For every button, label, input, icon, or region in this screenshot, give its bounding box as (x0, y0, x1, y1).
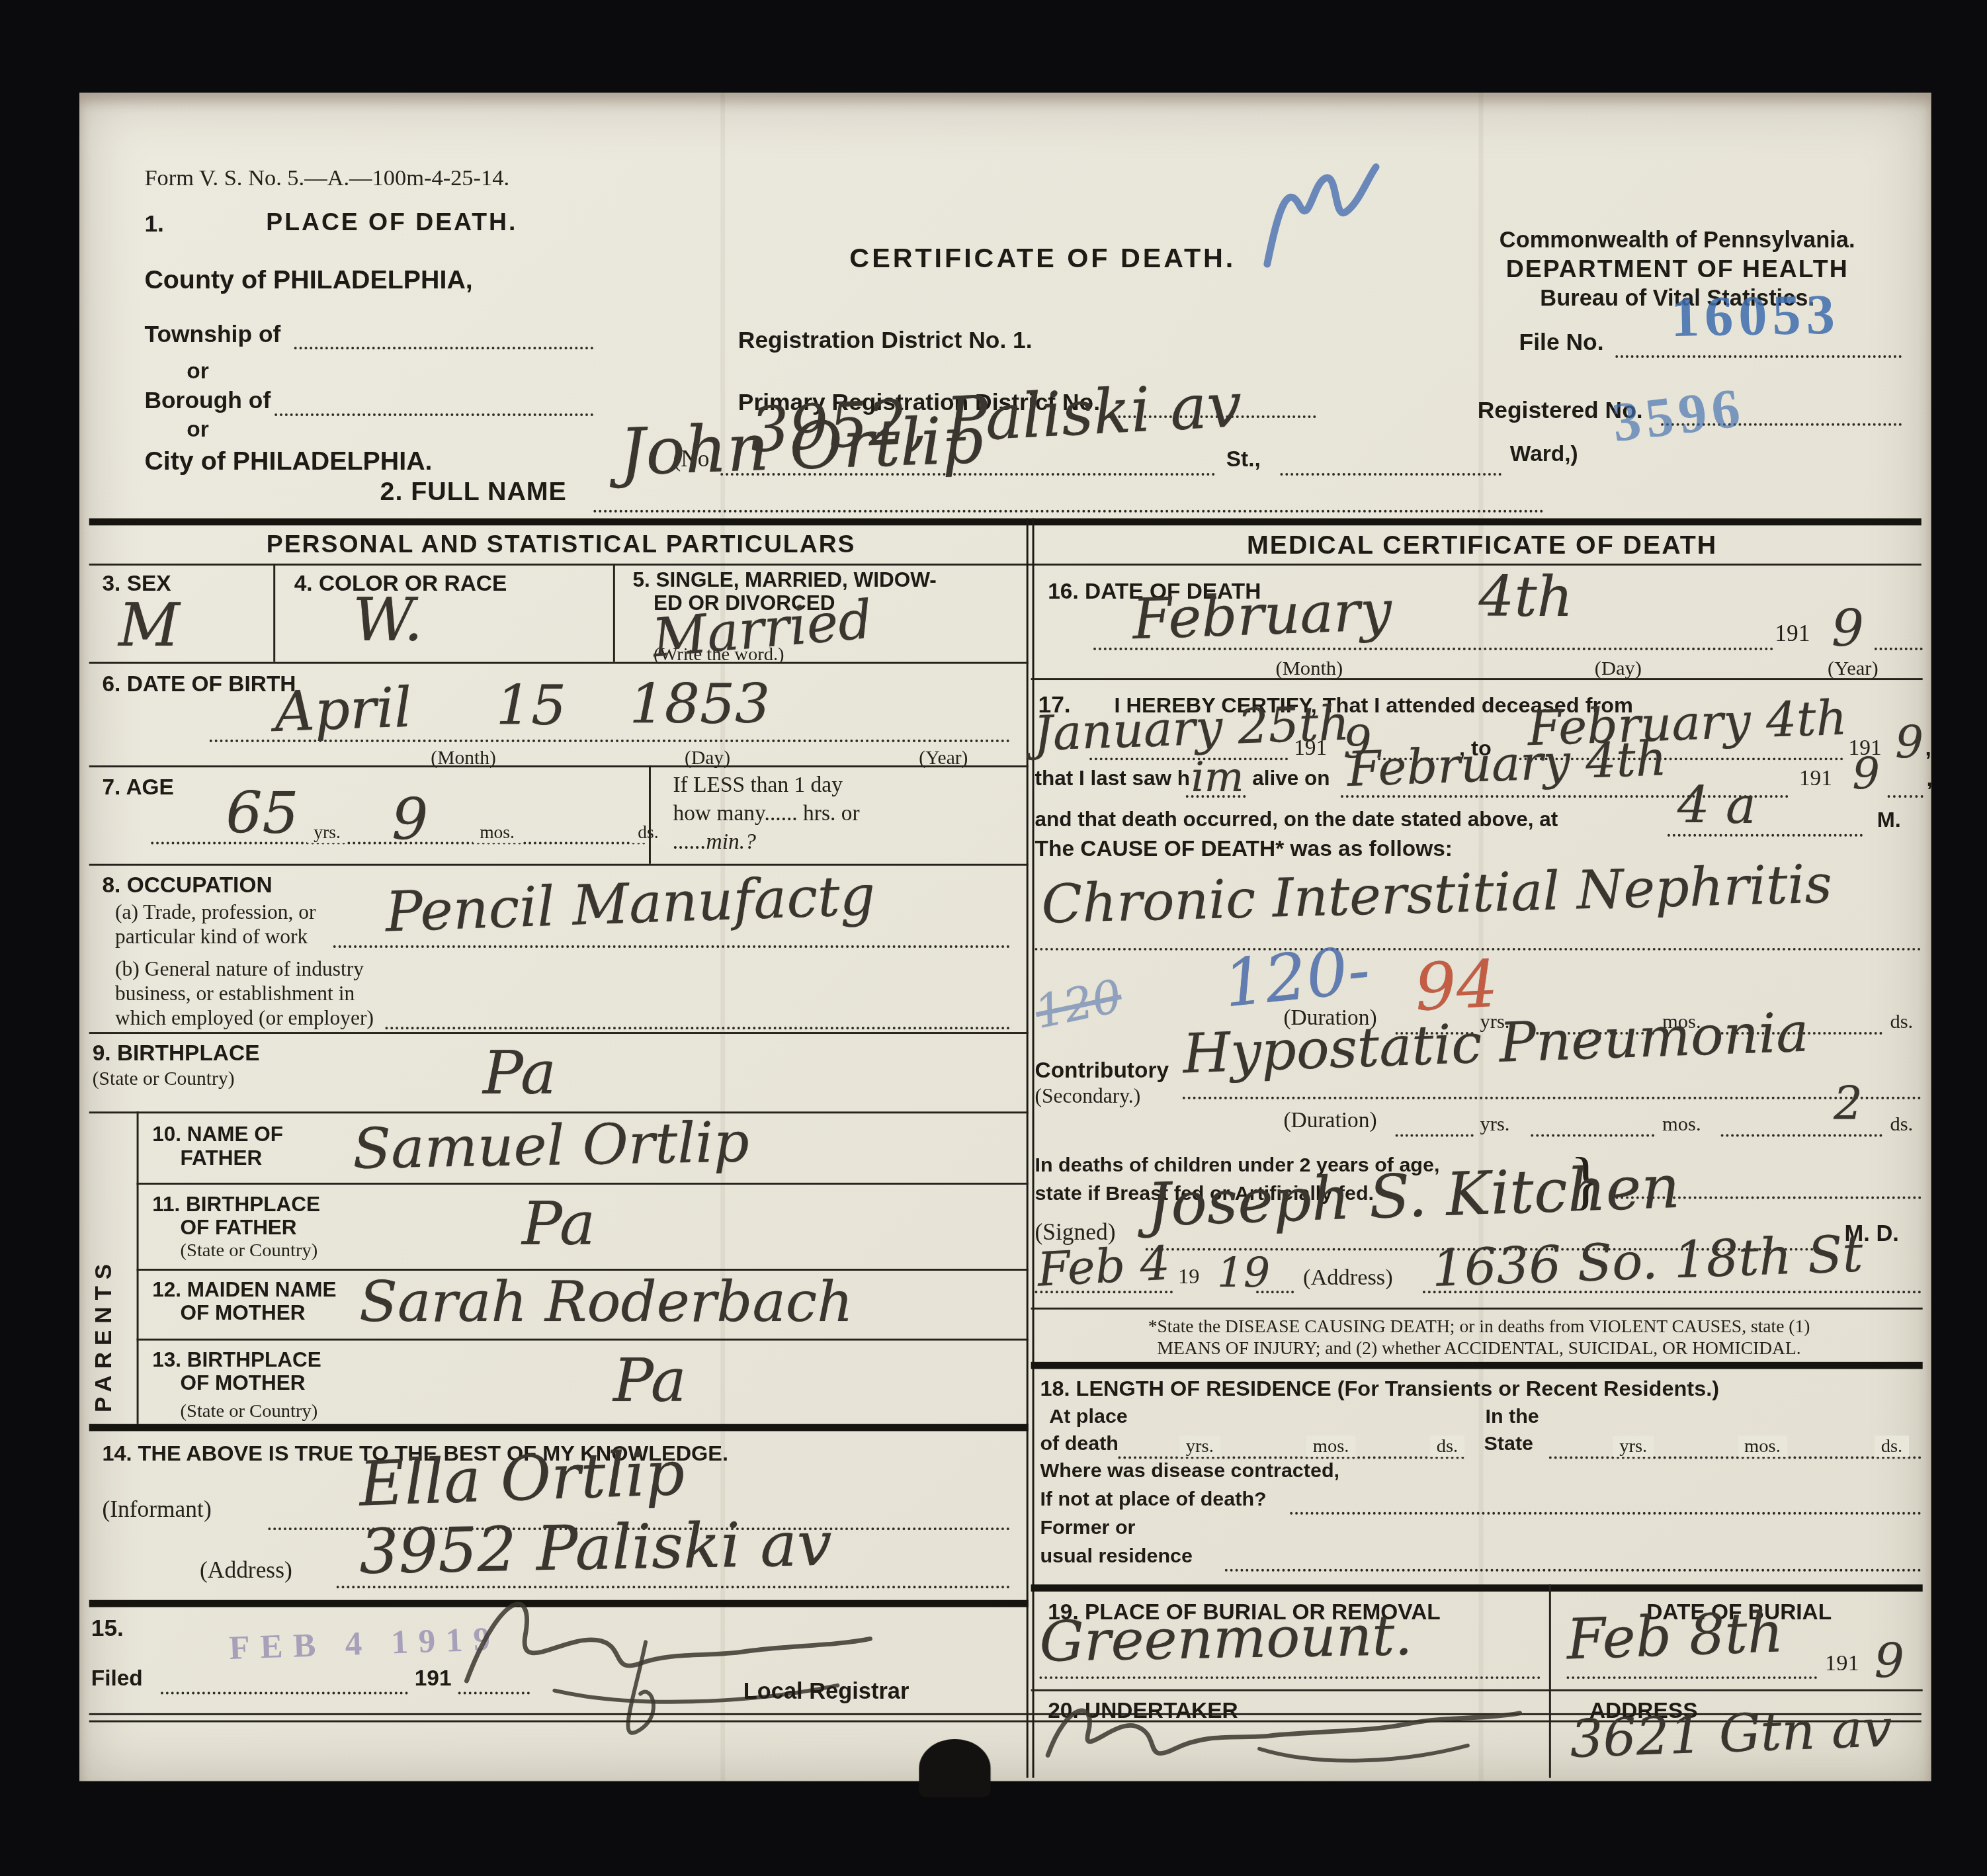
cause-handwriting: Chronic Interstitial Nephritis (1040, 853, 1833, 935)
footnote-line2: MEANS OF INJURY; and (2) whether ACCIDEN… (1041, 1339, 1916, 1359)
street-blank-line-2 (1280, 473, 1501, 476)
undertaker-address-handwriting: 3621 Gtn av (1569, 1698, 1893, 1769)
burial-date-handwriting: Feb 8th (1566, 1600, 1785, 1672)
father-name-label2: FATHER (181, 1146, 263, 1170)
occupation-label: 8. OCCUPATION (102, 873, 272, 898)
of-death-label: of death (1040, 1431, 1119, 1455)
occupation-b-line2: business, or establishment in (115, 982, 355, 1005)
yrs-label: yrs. (1179, 1435, 1220, 1457)
row-rule (1031, 678, 1923, 680)
dod-blank-line (1093, 648, 1773, 650)
burial-column-divider (1549, 1584, 1551, 1777)
death-occurred-text: and that death occurred, on the date sta… (1035, 808, 1558, 831)
dob-month-handwriting: April (274, 676, 413, 745)
mos-label: mos. (1662, 1112, 1701, 1135)
dod-day-handwriting: 4th (1479, 565, 1573, 630)
certificate-title: CERTIFICATE OF DEATH. (750, 243, 1336, 274)
dod-year-printed: 191 (1775, 620, 1810, 647)
mos-label: mos. (1738, 1435, 1787, 1457)
row-rule (137, 1339, 1029, 1341)
mother-bp-handwriting: Pa (613, 1346, 687, 1416)
last-saw-pre: that I last saw h (1035, 767, 1190, 790)
blank (1290, 1512, 1921, 1515)
if-not-label: If not at place of death? (1040, 1488, 1266, 1511)
dod-month-handwriting: February (1132, 579, 1393, 652)
duration-label-2: (Duration) (1283, 1108, 1376, 1132)
ds-label: ds. (631, 822, 665, 843)
st-label: St., (1226, 447, 1261, 472)
ds-label: ds. (1430, 1435, 1464, 1457)
father-bp-handwriting: Pa (522, 1189, 595, 1259)
blue-pencil-scribble (1251, 144, 1381, 274)
file-no-stamp: 16053 (1670, 282, 1841, 350)
scanned-death-certificate: { "header": { "form_no": "Form V. S. No.… (0, 0, 1987, 1876)
dob-day-handwriting: 15 (496, 673, 566, 738)
father-bp-label2: OF FATHER (181, 1216, 297, 1240)
mother-name-label1: 12. MAIDEN NAME (152, 1278, 336, 1302)
less-than-day-line1: If LESS than 1 day (673, 773, 842, 798)
ink-blot (919, 1739, 990, 1797)
father-name-handwriting: Samuel Ortlip (352, 1110, 749, 1181)
rule-under-titles (89, 564, 1922, 566)
occupation-blank-line1 (333, 945, 1010, 948)
ds-label: ds. (1890, 1010, 1913, 1033)
blank (1035, 1291, 1173, 1293)
comma: , (1927, 767, 1933, 792)
birthplace-handwriting: Pa (483, 1039, 556, 1108)
occupation-b-line3: which employed (or employer) (115, 1006, 374, 1030)
less-than-day-line2: how many...... hrs. or (673, 802, 859, 826)
fold-crease (1479, 93, 1484, 1781)
last-saw-him-handwriting: im (1191, 754, 1244, 802)
informant-address-label: (Address) (200, 1556, 292, 1583)
borough-label: Borough of (144, 387, 271, 414)
cell-divider (273, 564, 275, 662)
blank (1225, 1569, 1922, 1572)
in-the-label: In the (1485, 1404, 1539, 1428)
duration-days-handwriting: 2 (1834, 1078, 1863, 1130)
blank (1721, 1134, 1882, 1137)
ds-label: ds. (1890, 1112, 1913, 1135)
attended-from-blank (1089, 757, 1288, 760)
mother-bp-hint: (State or Country) (181, 1401, 318, 1422)
year-printed: 191 (1799, 767, 1832, 791)
registered-no-stamp: 3596 (1609, 374, 1748, 454)
row-rule (89, 864, 1029, 866)
secondary-hint: (Secondary.) (1035, 1084, 1141, 1107)
registration-district: Registration District No. 1. (738, 327, 1033, 354)
contributory-blank (1183, 1097, 1922, 1099)
full-name-blank (593, 510, 1544, 513)
footnote-rule (1031, 1308, 1923, 1310)
blank (1256, 1291, 1294, 1293)
yrs-label: yrs. (1613, 1435, 1654, 1457)
mother-name-handwriting: Sarah Roderbach (359, 1270, 853, 1335)
cell-divider (649, 765, 651, 864)
signed-date-year-handwriting: 19 (1217, 1250, 1270, 1297)
filed-blank (161, 1692, 408, 1695)
last-saw-date-handwriting: February 4th (1347, 731, 1668, 798)
row-rule (89, 662, 1029, 664)
full-name-label: 2. FULL NAME (380, 478, 567, 507)
occupation-a-line2: particular kind of work (115, 925, 308, 949)
city-line: City of PHILADELPHIA. (144, 447, 432, 476)
filed-label: Filed (91, 1666, 143, 1691)
mother-bp-label1: 13. BIRTHPLACE (152, 1347, 321, 1371)
dod-blank-line-2 (1875, 648, 1923, 650)
parents-vertical-label: PARENTS (90, 1154, 117, 1412)
age-years-handwriting: 65 (226, 780, 298, 847)
undertaker-signature (1035, 1684, 1537, 1781)
item-1-number: 1. (144, 210, 164, 237)
father-bp-hint: (State or Country) (181, 1240, 318, 1261)
occupation-a-line1: (a) Trade, profession, or (115, 900, 316, 924)
yrs-label: yrs. (307, 822, 347, 843)
borough-blank-line (275, 413, 593, 416)
age-label: 7. AGE (102, 775, 173, 800)
county-line: County of PHILADELPHIA, (144, 266, 472, 295)
comma: , (1925, 736, 1931, 761)
year-hint: (Year) (1828, 657, 1879, 680)
medical-section-title: MEDICAL CERTIFICATE OF DEATH (1039, 531, 1924, 560)
blank (1423, 1291, 1922, 1293)
birthplace-label: 9. BIRTHPLACE (93, 1041, 260, 1066)
dod-year-handwriting: 9 (1832, 601, 1864, 659)
footnote-line1: *State the DISEASE CAUSING DEATH; or in … (1041, 1316, 1916, 1337)
mos-label: mos. (473, 822, 521, 843)
blood-pressure-struck: 120 (1031, 969, 1126, 1039)
address-label: (Address) (1303, 1265, 1393, 1291)
burial-date-blank (1566, 1676, 1817, 1679)
place-of-death-heading: PLACE OF DEATH. (190, 209, 593, 237)
burial-year-printed: 191 (1825, 1650, 1859, 1676)
usual-residence-label: usual residence (1040, 1545, 1193, 1568)
personal-section-title: PERSONAL AND STATISTICAL PARTICULARS (99, 531, 1023, 559)
blank (1549, 1457, 1922, 1459)
burial-place-handwriting: Greenmount. (1039, 1603, 1413, 1675)
dob-year-handwriting: 1853 (629, 672, 770, 736)
township-blank-line (294, 347, 594, 349)
death-hour-handwriting: 4 a (1677, 777, 1756, 835)
age-blank-line (151, 842, 646, 845)
disease-contracted-label: Where was disease contracted, (1040, 1459, 1339, 1482)
residence-label: 18. LENGTH OF RESIDENCE (For Transients … (1040, 1376, 1719, 1400)
year-printed: 191 (1294, 736, 1327, 761)
blank (1396, 1134, 1474, 1137)
physician-address-handwriting: 1636 So. 18th St (1431, 1225, 1863, 1299)
local-registrar-label: Local Registrar (743, 1679, 909, 1705)
ds-label: ds. (1875, 1435, 1909, 1457)
yrs-label: yrs. (1480, 1112, 1510, 1135)
occupation-b-line1: (b) General nature of industry (115, 957, 364, 981)
informant-field-label: (Informant) (102, 1495, 211, 1522)
marital-label-line1: 5. SINGLE, MARRIED, WIDOW- (632, 568, 936, 592)
day-hint: (Day) (1595, 657, 1642, 680)
township-label: Township of (144, 320, 280, 347)
blank (1888, 795, 1924, 798)
blank (1186, 795, 1246, 798)
informant-handwriting: Ella Ortlip (358, 1438, 685, 1521)
cause-of-death-label: The CAUSE OF DEATH* was as follows: (1035, 837, 1453, 862)
burial-blank (1039, 1676, 1541, 1679)
blank (1668, 834, 1863, 837)
ward-label: Ward,) (1510, 442, 1578, 467)
dob-label: 6. DATE OF BIRTH (102, 671, 296, 697)
file-no-label: File No. (1519, 329, 1604, 356)
mother-bp-label2: OF MOTHER (181, 1371, 306, 1395)
form-number: Form V. S. No. 5.—A.—100m-4-25-14. (144, 165, 509, 191)
commonwealth-line: Commonwealth of Pennsylvania. (1414, 227, 1941, 253)
burial-year-handwriting: 9 (1875, 1634, 1904, 1688)
row-rule (137, 1183, 1029, 1185)
attended-to-year-handwriting: 9 (1895, 718, 1924, 769)
full-name-handwriting: John Ortlip (618, 402, 985, 490)
former-or-label: Former or (1040, 1516, 1135, 1539)
heavy-rule-header (89, 519, 1922, 526)
heavy-rule-residence (1031, 1584, 1923, 1592)
certificate-sheet: Form V. S. No. 5.—A.—100m-4-25-14. 1. PL… (79, 93, 1931, 1781)
father-bp-label1: 11. BIRTHPLACE (152, 1193, 320, 1216)
at-place-label: At place (1049, 1404, 1128, 1428)
department-line: DEPARTMENT OF HEALTH (1414, 255, 1941, 283)
birthplace-hint: (State or Country) (93, 1068, 235, 1090)
row-rule (89, 765, 1029, 767)
last-saw-year-handwriting: 9 (1852, 749, 1879, 799)
signed-date-handwriting: Feb 4 (1036, 1236, 1171, 1297)
cell-divider (613, 564, 615, 662)
occupation-blank-line2 (385, 1027, 1010, 1029)
contributory-label: Contributory (1035, 1058, 1169, 1083)
sex-handwriting: M (118, 591, 180, 660)
state-label: State (1484, 1431, 1533, 1455)
less-than-day-line3: ......min.? (673, 830, 755, 855)
m-label: M. (1877, 808, 1901, 832)
signed-date-printed-19: 19 (1178, 1265, 1199, 1289)
blank (1531, 1134, 1654, 1137)
or-label: or (187, 359, 208, 384)
alive-on-label: alive on (1252, 767, 1330, 790)
row-rule (89, 1032, 1029, 1034)
filed-number: 15. (91, 1614, 124, 1641)
father-name-label1: 10. NAME OF (152, 1123, 283, 1146)
race-handwriting: W. (353, 585, 423, 655)
mos-label: mos. (1306, 1435, 1355, 1457)
mother-name-label2: OF MOTHER (181, 1301, 306, 1325)
parents-divider (137, 1111, 139, 1424)
month-hint: (Month) (1276, 657, 1343, 680)
or-label: or (187, 417, 208, 443)
heavy-rule-footnote (1031, 1362, 1923, 1369)
occupation-handwriting: Pencil Manufactg (384, 864, 876, 945)
file-no-blank (1615, 355, 1902, 358)
heavy-rule-parents (89, 1424, 1029, 1431)
